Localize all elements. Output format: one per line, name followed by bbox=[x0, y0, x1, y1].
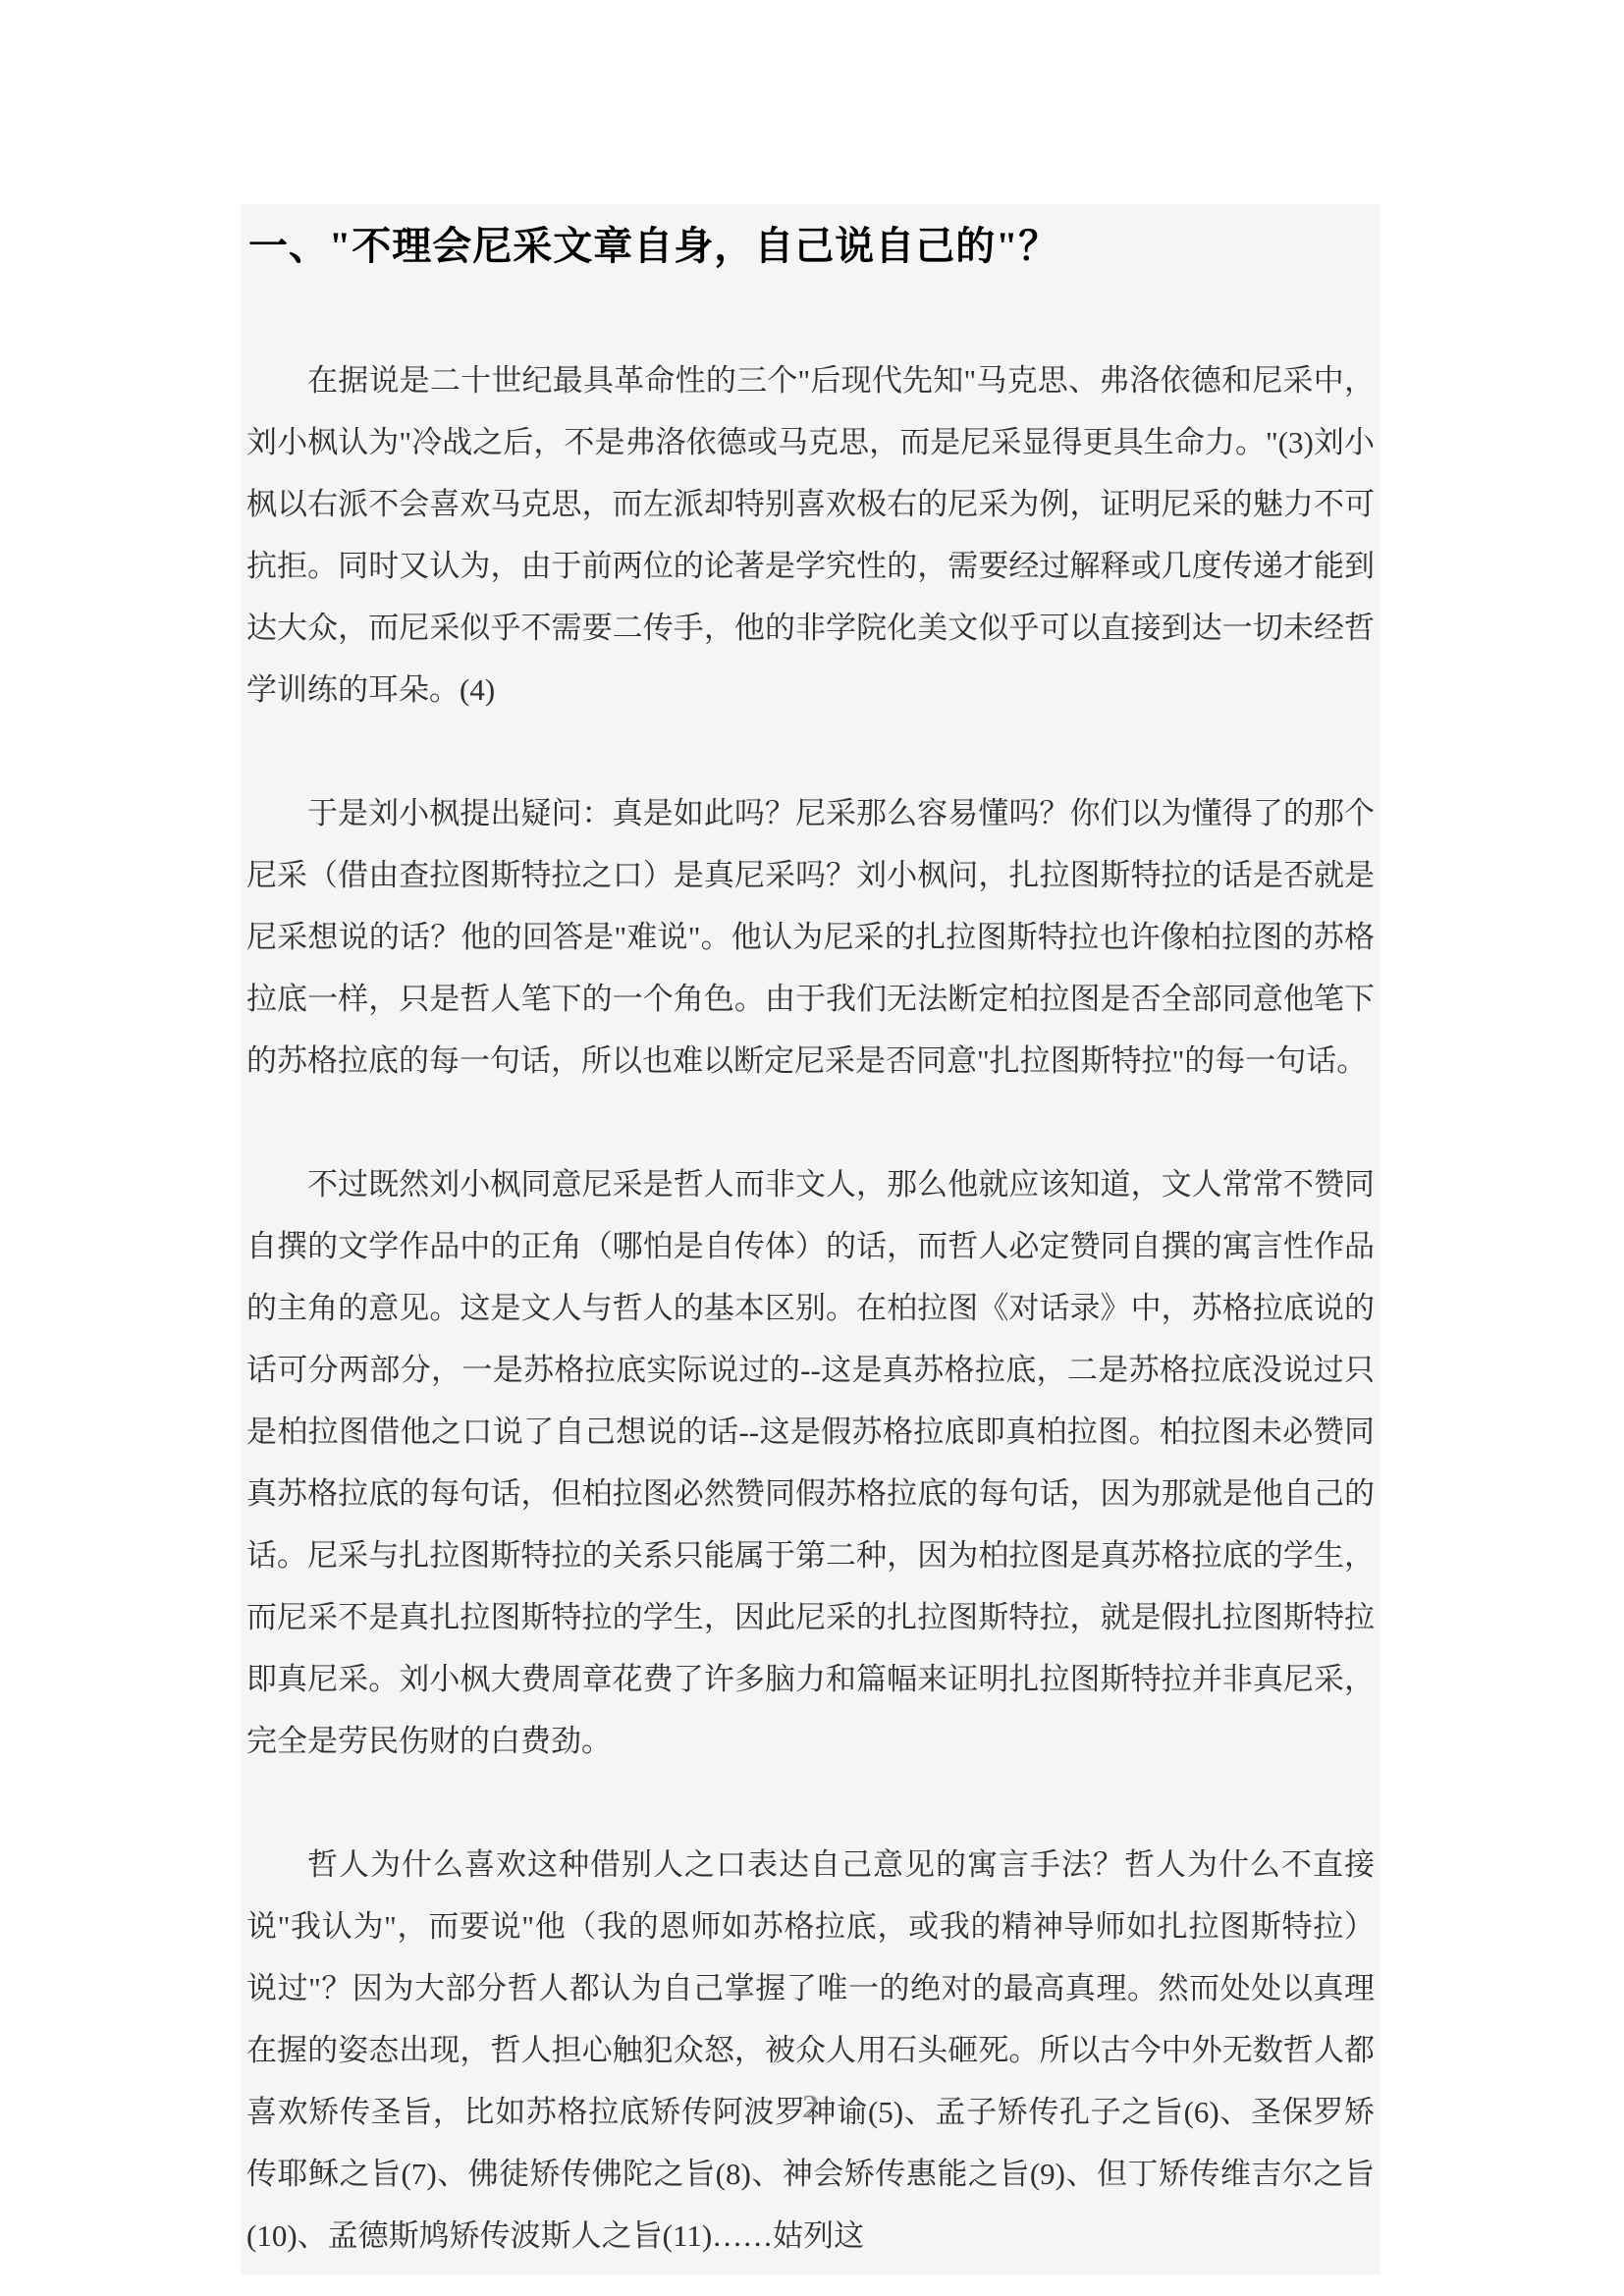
paragraph-container: 在据说是二十世纪最具革命性的三个"后现代先知"马克思、弗洛依德和尼采中，刘小枫认… bbox=[246, 349, 1375, 2267]
paragraph: 不过既然刘小枫同意尼采是哲人而非文人，那么他就应该知道，文人常常不赞同自撰的文学… bbox=[246, 1153, 1375, 1772]
paragraph: 哲人为什么喜欢这种借别人之口表达自己意见的寓言手法？哲人为什么不直接说"我认为"… bbox=[246, 1834, 1375, 2267]
document-page: 一、"不理会尼采文章自身，自己说自己的"？ 在据说是二十世纪最具革命性的三个"后… bbox=[0, 0, 1624, 2296]
section-heading: 一、"不理会尼采文章自身，自己说自己的"？ bbox=[248, 218, 1375, 275]
page-number: 2 bbox=[241, 2089, 1380, 2126]
paragraph: 在据说是二十世纪最具革命性的三个"后现代先知"马克思、弗洛依德和尼采中，刘小枫认… bbox=[246, 349, 1375, 721]
paragraph: 于是刘小枫提出疑问：真是如此吗？尼采那么容易懂吗？你们以为懂得了的那个尼采（借由… bbox=[246, 782, 1375, 1092]
document-body: 一、"不理会尼采文章自身，自己说自己的"？ 在据说是二十世纪最具革命性的三个"后… bbox=[241, 204, 1380, 2274]
